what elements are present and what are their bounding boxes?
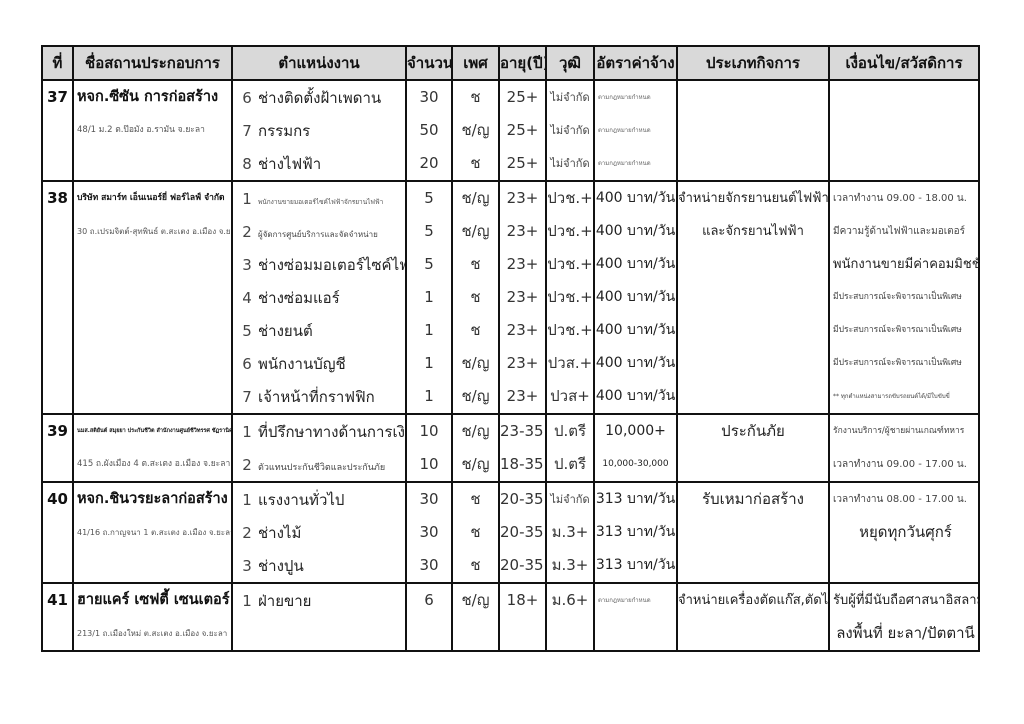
position-count-cell: 5551111 — [406, 181, 452, 414]
position-wage-cell: 10,000+10,000-30,000 — [594, 414, 677, 482]
position-title: ที่ปรึกษาทางด้านการเงิน — [258, 423, 405, 441]
position-age-cell: 23+23+23+23+23+23+23+ — [499, 181, 546, 414]
position-count: 6 — [407, 584, 451, 617]
position-count-cell: 305020 — [406, 80, 452, 181]
position-wage-cell: ตามกฎหมายกำหนด — [594, 583, 677, 651]
position-count-cell: 303030 — [406, 482, 452, 583]
header-education: วุฒิ — [546, 46, 594, 80]
condition-item: มีความรู้ด้านไฟฟ้าและมอเตอร์ — [830, 215, 978, 248]
condition-item: เวลาทำงาน 09.00 - 18.00 น. — [830, 182, 978, 215]
business-name: บริษัท สมาร์ท เอ็นเนอร์ยี่ ฟอร์ไลฟ์ จำกั… — [74, 182, 231, 215]
position-age: 18+ — [500, 584, 545, 617]
position-sex: ช/ญ — [453, 182, 498, 215]
business-address: 213/1 ถ.เมืองใหม่ ต.สะเตง อ.เมือง จ.ยะลา — [74, 617, 231, 650]
business-type-cell: จำหน่ายเครื่องตัดแก๊ส,ตัดไฟ — [677, 583, 829, 651]
position-sex: ช — [453, 281, 498, 314]
business-address: 30 ถ.เปรมจิตต์-สุทพินธ์ ต.สะเตง อ.เมือง … — [74, 215, 231, 248]
conditions-cell: รับผู้ที่มีนับถือศาสนาอิสลามลงพื้นที่ ยะ… — [829, 583, 979, 651]
row-number: 40 — [42, 482, 73, 583]
position-item: 7เจ้าหน้าที่กราฟฟิก — [233, 380, 405, 413]
position-sex: ช — [453, 248, 498, 281]
position-age: 23+ — [500, 248, 545, 281]
business-name: นมส.สติยันต์ สมุยยา ประกันชีวิต สำนักงาน… — [74, 415, 231, 448]
position-sex: ช — [453, 147, 498, 180]
position-wage: 313 บาท/วัน — [595, 549, 676, 582]
position-item: 1พนักงานขายมอเตอร์ไซค์ไฟฟ้าจักรยานไฟฟ้า — [233, 182, 405, 215]
position-count: 5 — [407, 182, 451, 215]
position-education: ปวช.+ — [547, 215, 593, 248]
business-name: หจก.ชินวรยะลาก่อสร้าง — [74, 483, 231, 516]
position-wage: 400 บาท/วัน — [595, 380, 676, 413]
business-type-cell: รับเหมาก่อสร้าง — [677, 482, 829, 583]
position-index: 3 — [236, 249, 258, 281]
position-index: 1 — [236, 585, 258, 617]
position-education-cell: ปวช.+ปวช.+ปวช.+ปวช.+ปวช.+ปวส.+ปวส+ — [546, 181, 594, 414]
position-wage: 10,000+ — [595, 415, 676, 448]
position-wage-cell: ตามกฎหมายกำหนดตามกฎหมายกำหนดตามกฎหมายกำห… — [594, 80, 677, 181]
business-type-cell — [677, 80, 829, 181]
position-age: 23+ — [500, 215, 545, 248]
header-business: ชื่อสถานประกอบการ — [73, 46, 232, 80]
position-age-cell: 25+25+25+ — [499, 80, 546, 181]
position-item: 6พนักงานบัญชี — [233, 347, 405, 380]
business-type: จำหน่ายจักรยานยนต์ไฟฟ้า — [678, 182, 828, 215]
position-sex: ช/ญ — [453, 380, 498, 413]
position-education-cell: ไม่จำกัดม.3+ม.3+ — [546, 482, 594, 583]
position-sex: ช/ญ — [453, 347, 498, 380]
position-education: ไม่จำกัด — [547, 81, 593, 114]
condition-item: มีประสบการณ์จะพิจารณาเป็นพิเศษ — [830, 347, 978, 380]
row-number: 39 — [42, 414, 73, 482]
header-business-type: ประเภทกิจการ — [677, 46, 829, 80]
position-title: ช่างไฟฟ้า — [258, 155, 321, 173]
position-sex: ช/ญ — [453, 584, 498, 617]
position-item: 2ตัวแทนประกันชีวิตและประกันภัย — [233, 448, 405, 481]
position-age: 23+ — [500, 314, 545, 347]
job-listings-table: ที่ ชื่อสถานประกอบการ ตำแหน่งงาน จำนวน เ… — [41, 45, 980, 652]
position-item: 1ที่ปรึกษาทางด้านการเงิน — [233, 415, 405, 448]
position-age: 23+ — [500, 182, 545, 215]
position-education: ปวส.+ — [547, 347, 593, 380]
position-item: 1ฝ่ายขาย — [233, 584, 405, 617]
table-body: 37หจก.ซีซัน การก่อสร้าง48/1 ม.2 ต.ป๊อมัง… — [42, 80, 979, 651]
position-cell: 1ที่ปรึกษาทางด้านการเงิน2ตัวแทนประกันชีว… — [232, 414, 406, 482]
position-index: 2 — [236, 449, 258, 481]
position-item: 3ช่างซ่อมมอเตอร์ไซค์ไฟฟ้า — [233, 248, 405, 281]
position-education: ปวช.+ — [547, 281, 593, 314]
position-sex-cell: ชชช — [452, 482, 499, 583]
position-education-cell: ม.6+ — [546, 583, 594, 651]
position-cell: 1พนักงานขายมอเตอร์ไซค์ไฟฟ้าจักรยานไฟฟ้า2… — [232, 181, 406, 414]
position-age: 20-35 — [500, 516, 545, 549]
business-type: รับเหมาก่อสร้าง — [678, 483, 828, 516]
business-cell: นมส.สติยันต์ สมุยยา ประกันชีวิต สำนักงาน… — [73, 414, 232, 482]
table-row: 40หจก.ชินวรยะลาก่อสร้าง41/16 ถ.กาญจนา 1 … — [42, 482, 979, 583]
position-sex: ช — [453, 314, 498, 347]
position-count: 10 — [407, 448, 451, 481]
position-age-cell: 23-3518-35 — [499, 414, 546, 482]
position-title: ช่างซ่อมแอร์ — [258, 289, 340, 307]
position-wage: ตามกฎหมายกำหนด — [595, 81, 676, 114]
condition-item: พนักงานขายมีค่าคอมมิชชั่นให้ — [830, 248, 978, 281]
position-wage: 400 บาท/วัน — [595, 281, 676, 314]
position-wage: 313 บาท/วัน — [595, 483, 676, 516]
position-title: ฝ่ายขาย — [258, 592, 311, 610]
position-count: 5 — [407, 248, 451, 281]
condition-item: มีประสบการณ์จะพิจารณาเป็นพิเศษ — [830, 281, 978, 314]
header-no: ที่ — [42, 46, 73, 80]
position-title: ช่างปูน — [258, 557, 304, 575]
business-address: 41/16 ถ.กาญจนา 1 ต.สะเตง อ.เมือง จ.ยะลา — [74, 516, 231, 549]
position-cell: 6ช่างติดตั้งฝ้าเพดาน7กรรมกร8ช่างไฟฟ้า — [232, 80, 406, 181]
condition-item: เวลาทำงาน 08.00 - 17.00 น. — [830, 483, 978, 516]
position-education: ปวช.+ — [547, 248, 593, 281]
business-type-cell: ประกันภัย — [677, 414, 829, 482]
position-item: 8ช่างไฟฟ้า — [233, 147, 405, 180]
position-count: 5 — [407, 215, 451, 248]
position-age: 25+ — [500, 81, 545, 114]
header-sex: เพศ — [452, 46, 499, 80]
business-type-cell: จำหน่ายจักรยานยนต์ไฟฟ้าและจักรยานไฟฟ้า — [677, 181, 829, 414]
position-count: 30 — [407, 516, 451, 549]
conditions-cell: รักงานบริการ/ผู้ชายผ่านเกณฑ์ทหารเวลาทำงา… — [829, 414, 979, 482]
business-type: จำหน่ายเครื่องตัดแก๊ส,ตัดไฟ — [678, 584, 828, 617]
position-title: ผู้จัดการศูนย์บริการและจัดจำหน่าย — [258, 230, 378, 239]
position-item: 4ช่างซ่อมแอร์ — [233, 281, 405, 314]
position-wage: 400 บาท/วัน — [595, 248, 676, 281]
header-age: อายุ(ปี) — [499, 46, 546, 80]
position-item: 1แรงงานทั่วไป — [233, 483, 405, 516]
position-index: 2 — [236, 216, 258, 248]
conditions-cell — [829, 80, 979, 181]
position-wage-cell: 313 บาท/วัน313 บาท/วัน313 บาท/วัน — [594, 482, 677, 583]
position-age-cell: 18+ — [499, 583, 546, 651]
position-cell: 1แรงงานทั่วไป2ช่างไม้3ช่างปูน — [232, 482, 406, 583]
condition-item: ** ทุกตำแหน่งสามารถขับรถยนต์ได้/มีใบขับข… — [830, 380, 978, 413]
position-index: 4 — [236, 282, 258, 314]
table-row: 37หจก.ซีซัน การก่อสร้าง48/1 ม.2 ต.ป๊อมัง… — [42, 80, 979, 181]
position-wage: 400 บาท/วัน — [595, 182, 676, 215]
conditions-cell: เวลาทำงาน 09.00 - 18.00 น.มีความรู้ด้านไ… — [829, 181, 979, 414]
table-row: 39นมส.สติยันต์ สมุยยา ประกันชีวิต สำนักง… — [42, 414, 979, 482]
position-education: ปวช.+ — [547, 314, 593, 347]
position-sex: ช — [453, 483, 498, 516]
condition-item: เวลาทำงาน 09.00 - 17.00 น. — [830, 448, 978, 481]
position-title: กรรมกร — [258, 122, 310, 140]
row-number: 41 — [42, 583, 73, 651]
position-index: 7 — [236, 115, 258, 147]
position-wage: 10,000-30,000 — [595, 448, 676, 481]
position-index: 1 — [236, 183, 258, 215]
position-education: ม.6+ — [547, 584, 593, 617]
position-age: 18-35 — [500, 448, 545, 481]
position-sex: ช — [453, 549, 498, 582]
position-age-cell: 20-3520-3520-35 — [499, 482, 546, 583]
position-cell: 1ฝ่ายขาย — [232, 583, 406, 651]
position-index: 2 — [236, 517, 258, 549]
position-wage: ตามกฎหมายกำหนด — [595, 584, 676, 617]
position-sex: ช/ญ — [453, 215, 498, 248]
header-conditions: เงื่อนไข/สวัสดิการ — [829, 46, 979, 80]
position-age: 23+ — [500, 347, 545, 380]
business-cell: ฮายแคร์ เซฟตี้ เซนเตอร์213/1 ถ.เมืองใหม่… — [73, 583, 232, 651]
business-cell: บริษัท สมาร์ท เอ็นเนอร์ยี่ ฟอร์ไลฟ์ จำกั… — [73, 181, 232, 414]
position-title: แรงงานทั่วไป — [258, 491, 344, 509]
position-age: 25+ — [500, 147, 545, 180]
position-item: 5ช่างยนต์ — [233, 314, 405, 347]
position-wage: 400 บาท/วัน — [595, 215, 676, 248]
position-title: เจ้าหน้าที่กราฟฟิก — [258, 388, 375, 406]
position-education: ปวส+ — [547, 380, 593, 413]
condition-item: รับผู้ที่มีนับถือศาสนาอิสลาม — [830, 584, 978, 617]
position-index: 6 — [236, 348, 258, 380]
position-sex-cell: ช/ญช/ญ — [452, 414, 499, 482]
position-index: 3 — [236, 550, 258, 582]
position-index: 1 — [236, 484, 258, 516]
position-age: 20-35 — [500, 483, 545, 516]
row-number: 38 — [42, 181, 73, 414]
position-wage: 313 บาท/วัน — [595, 516, 676, 549]
position-title: ตัวแทนประกันชีวิตและประกันภัย — [258, 463, 385, 473]
condition-item: มีประสบการณ์จะพิจารณาเป็นพิเศษ — [830, 314, 978, 347]
position-sex: ช/ญ — [453, 448, 498, 481]
position-title: พนักงานขายมอเตอร์ไซค์ไฟฟ้าจักรยานไฟฟ้า — [258, 198, 383, 206]
position-sex: ช — [453, 81, 498, 114]
position-index: 6 — [236, 82, 258, 114]
position-count-cell: 6 — [406, 583, 452, 651]
position-education-cell: ป.ตรีป.ตรี — [546, 414, 594, 482]
row-number: 37 — [42, 80, 73, 181]
position-education: ไม่จำกัด — [547, 147, 593, 180]
position-index: 1 — [236, 416, 258, 448]
position-item: 2ช่างไม้ — [233, 516, 405, 549]
position-index: 8 — [236, 148, 258, 180]
position-item: 7กรรมกร — [233, 114, 405, 147]
position-age: 25+ — [500, 114, 545, 147]
header-count: จำนวน — [406, 46, 452, 80]
position-wage: ตามกฎหมายกำหนด — [595, 147, 676, 180]
position-wage: 400 บาท/วัน — [595, 314, 676, 347]
position-sex: ช — [453, 516, 498, 549]
position-count-cell: 1010 — [406, 414, 452, 482]
position-count: 30 — [407, 81, 451, 114]
position-count: 1 — [407, 347, 451, 380]
position-title: พนักงานบัญชี — [258, 355, 346, 373]
position-count: 30 — [407, 549, 451, 582]
position-sex: ช/ญ — [453, 114, 498, 147]
conditions-cell: เวลาทำงาน 08.00 - 17.00 น.หยุดทุกวันศุกร… — [829, 482, 979, 583]
position-age: 23-35 — [500, 415, 545, 448]
condition-item: ลงพื้นที่ ยะลา/ปัตตานี — [830, 617, 978, 650]
condition-item: รักงานบริการ/ผู้ชายผ่านเกณฑ์ทหาร — [830, 415, 978, 448]
header-position: ตำแหน่งงาน — [232, 46, 406, 80]
position-count: 1 — [407, 281, 451, 314]
position-education: ไม่จำกัด — [547, 483, 593, 516]
position-title: ช่างซ่อมมอเตอร์ไซค์ไฟฟ้า — [258, 256, 405, 274]
business-address: 415 ถ.ผังเมือง 4 ต.สะเตง อ.เมือง จ.ยะลา — [74, 448, 231, 481]
position-sex-cell: ช/ญ — [452, 583, 499, 651]
position-sex: ช/ญ — [453, 415, 498, 448]
position-count: 20 — [407, 147, 451, 180]
position-education-cell: ไม่จำกัดไม่จำกัดไม่จำกัด — [546, 80, 594, 181]
position-wage: 400 บาท/วัน — [595, 347, 676, 380]
position-count: 1 — [407, 314, 451, 347]
position-sex-cell: ช/ญช/ญชชชช/ญช/ญ — [452, 181, 499, 414]
position-education: ไม่จำกัด — [547, 114, 593, 147]
position-age: 23+ — [500, 380, 545, 413]
position-sex-cell: ชช/ญช — [452, 80, 499, 181]
table-row: 41ฮายแคร์ เซฟตี้ เซนเตอร์213/1 ถ.เมืองให… — [42, 583, 979, 651]
condition-item: หยุดทุกวันศุกร์ — [830, 516, 978, 549]
position-index: 5 — [236, 315, 258, 347]
position-count: 10 — [407, 415, 451, 448]
table-row: 38บริษัท สมาร์ท เอ็นเนอร์ยี่ ฟอร์ไลฟ์ จำ… — [42, 181, 979, 414]
position-title: ช่างติดตั้งฝ้าเพดาน — [258, 89, 381, 107]
position-age: 20-35 — [500, 549, 545, 582]
position-count: 30 — [407, 483, 451, 516]
position-item: 3ช่างปูน — [233, 549, 405, 582]
position-education: ปวช.+ — [547, 182, 593, 215]
position-wage-cell: 400 บาท/วัน400 บาท/วัน400 บาท/วัน400 บาท… — [594, 181, 677, 414]
business-cell: หจก.ชินวรยะลาก่อสร้าง41/16 ถ.กาญจนา 1 ต.… — [73, 482, 232, 583]
position-age: 23+ — [500, 281, 545, 314]
position-wage: ตามกฎหมายกำหนด — [595, 114, 676, 147]
position-education: ป.ตรี — [547, 415, 593, 448]
position-item: 2ผู้จัดการศูนย์บริการและจัดจำหน่าย — [233, 215, 405, 248]
header-row: ที่ ชื่อสถานประกอบการ ตำแหน่งงาน จำนวน เ… — [42, 46, 979, 80]
position-count: 1 — [407, 380, 451, 413]
position-education: ป.ตรี — [547, 448, 593, 481]
business-cell: หจก.ซีซัน การก่อสร้าง48/1 ม.2 ต.ป๊อมัง อ… — [73, 80, 232, 181]
position-education: ม.3+ — [547, 516, 593, 549]
header-wage: อัตราค่าจ้าง — [594, 46, 677, 80]
position-title: ช่างยนต์ — [258, 322, 313, 340]
business-type: และจักรยานไฟฟ้า — [678, 215, 828, 248]
business-name: ฮายแคร์ เซฟตี้ เซนเตอร์ — [74, 584, 231, 617]
business-address: 48/1 ม.2 ต.ป๊อมัง อ.รามัน จ.ยะลา — [74, 114, 231, 147]
position-title: ช่างไม้ — [258, 524, 301, 542]
position-index: 7 — [236, 381, 258, 413]
business-type: ประกันภัย — [678, 415, 828, 448]
position-education: ม.3+ — [547, 549, 593, 582]
position-count: 50 — [407, 114, 451, 147]
position-item: 6ช่างติดตั้งฝ้าเพดาน — [233, 81, 405, 114]
business-name: หจก.ซีซัน การก่อสร้าง — [74, 81, 231, 114]
